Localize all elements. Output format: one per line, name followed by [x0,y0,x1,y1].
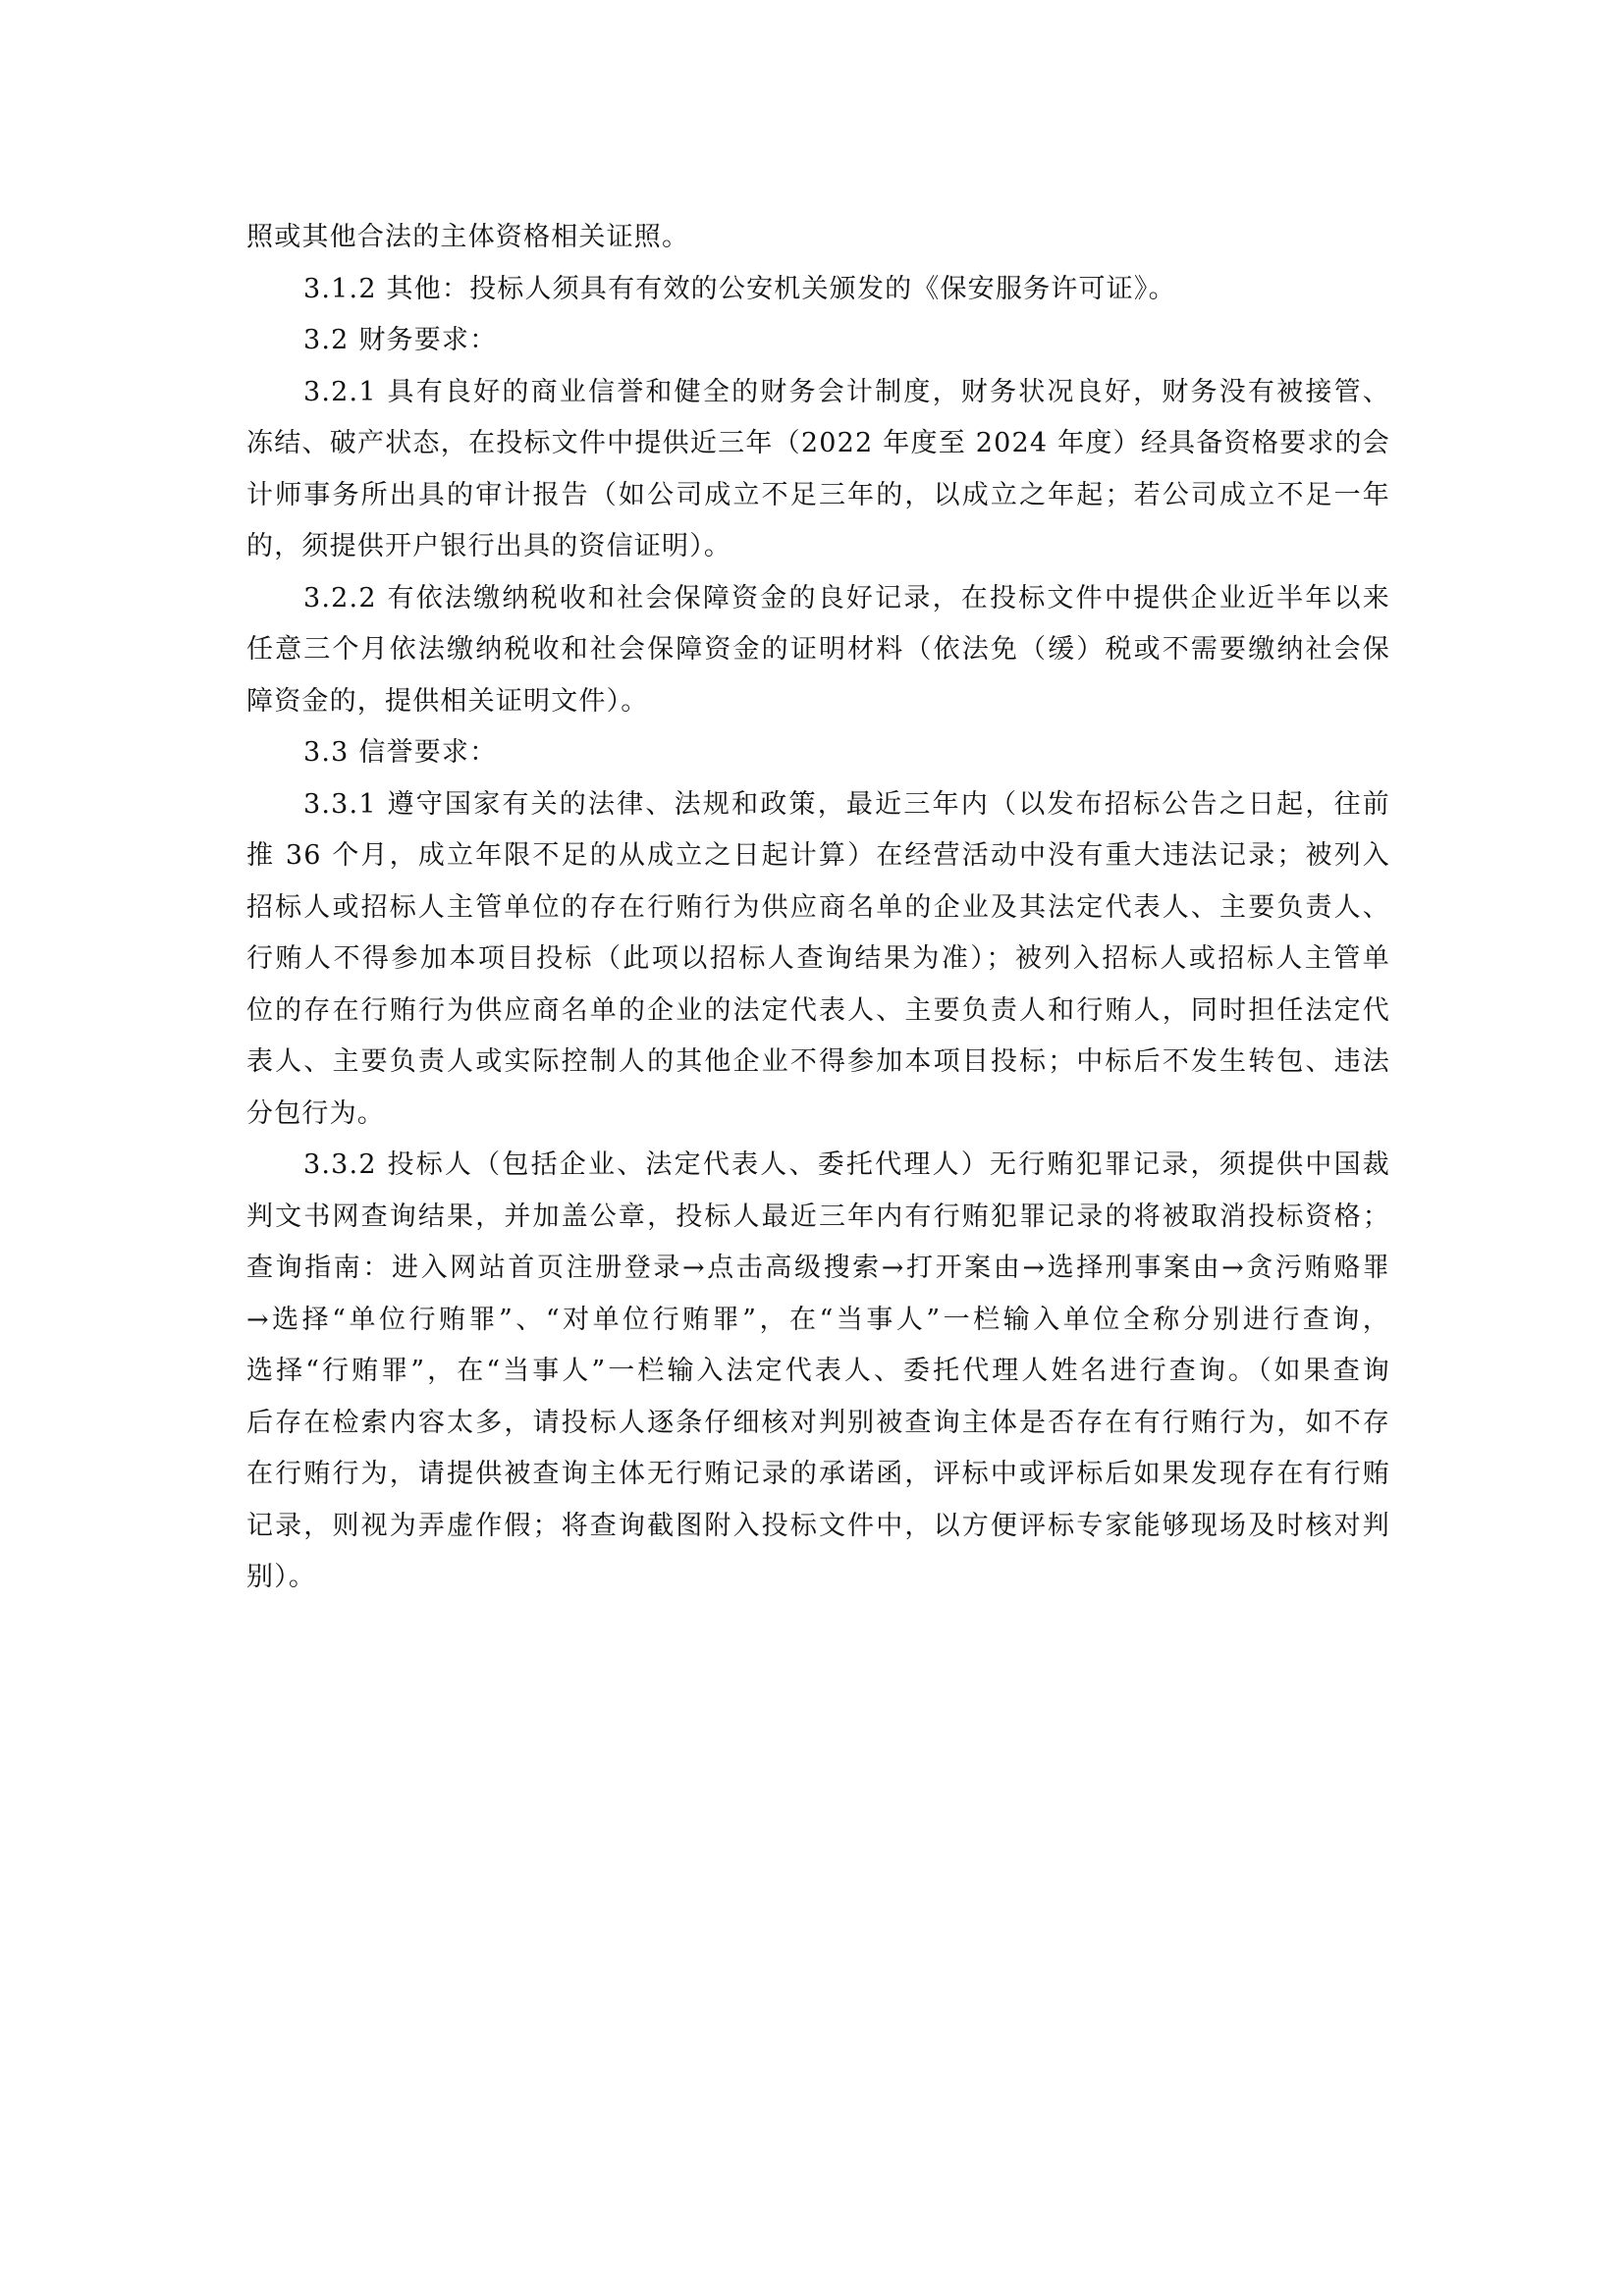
heading-3-3-credit-requirements: 3.3 信誉要求： [246,733,1390,785]
text-line: 位的存在行贿行为供应商名单的企业的法定代表人、主要负责人和行贿人，同时担任法定代 [246,991,1390,1043]
paragraph-3-3-2-bribery-record: 3.3.2 投标人（包括企业、法定代表人、委托代理人）无行贿犯罪记录，须提供中国… [246,1146,1390,1610]
text-line: 冻结、破产状态，在投标文件中提供近三年（2022 年度至 2024 年度）经具备… [246,424,1390,476]
text-line: 选择“行贿罪”，在“当事人”一栏输入法定代表人、委托代理人姓名进行查询。（如果查… [246,1352,1390,1404]
paragraph-3-1-2-other-license: 3.1.2 其他：投标人须具有有效的公安机关颁发的《保安服务许可证》。 [246,270,1390,322]
text-line: 后存在检索内容太多，请投标人逐条仔细核对判别被查询主体是否存在有行贿行为，如不存 [246,1404,1390,1456]
text-line: 障资金的，提供相关证明文件）。 [246,682,1390,734]
text-line: →选择“单位行贿罪”、“对单位行贿罪”，在“当事人”一栏输入单位全称分别进行查询… [246,1301,1390,1353]
text-line: 在行贿行为，请提供被查询主体无行贿记录的承诺函，评标中或评标后如果发现存在有行贿 [246,1455,1390,1507]
paragraph-3-3-1-legal-compliance: 3.3.1 遵守国家有关的法律、法规和政策，最近三年内（以发布招标公告之日起，往… [246,785,1390,1147]
document-body: 照或其他合法的主体资格相关证照。 3.1.2 其他：投标人须具有有效的公安机关颁… [246,218,1390,1610]
text-line: 分包行为。 [246,1095,1390,1147]
text-line: 3.3.2 投标人（包括企业、法定代表人、委托代理人）无行贿犯罪记录，须提供中国… [246,1146,1390,1198]
text-line: 3.3.1 遵守国家有关的法律、法规和政策，最近三年内（以发布招标公告之日起，往… [246,785,1390,837]
document-page: 照或其他合法的主体资格相关证照。 3.1.2 其他：投标人须具有有效的公安机关颁… [0,0,1624,2296]
text-line: 判文书网查询结果，并加盖公章，投标人最近三年内有行贿犯罪记录的将被取消投标资格； [246,1198,1390,1250]
paragraph-continuation: 照或其他合法的主体资格相关证照。 [246,218,1390,270]
text-line: 3.1.2 其他：投标人须具有有效的公安机关颁发的《保安服务许可证》。 [246,270,1390,322]
text-line: 计师事务所出具的审计报告（如公司成立不足三年的，以成立之年起；若公司成立不足一年 [246,476,1390,528]
text-line: 招标人或招标人主管单位的存在行贿行为供应商名单的企业及其法定代表人、主要负责人、 [246,888,1390,940]
paragraph-3-2-2-tax-social-security: 3.2.2 有依法缴纳税收和社会保障资金的良好记录，在投标文件中提供企业近半年以… [246,579,1390,734]
text-line: 别）。 [246,1558,1390,1610]
text-line: 3.2.2 有依法缴纳税收和社会保障资金的良好记录，在投标文件中提供企业近半年以… [246,579,1390,631]
text-line: 的，须提供开户银行出具的资信证明）。 [246,527,1390,579]
section-heading: 3.3 信誉要求： [246,733,1390,785]
heading-3-2-financial-requirements: 3.2 财务要求： [246,321,1390,373]
text-line: 照或其他合法的主体资格相关证照。 [246,218,1390,270]
text-line: 行贿人不得参加本项目投标（此项以招标人查询结果为准）；被列入招标人或招标人主管单 [246,939,1390,991]
text-line: 查询指南：进入网站首页注册登录→点击高级搜索→打开案由→选择刑事案由→贪污贿赂罪 [246,1249,1390,1301]
text-line: 推 36 个月，成立年限不足的从成立之日起计算）在经营活动中没有重大违法记录；被… [246,836,1390,888]
paragraph-3-2-1-audit-report: 3.2.1 具有良好的商业信誉和健全的财务会计制度，财务状况良好，财务没有被接管… [246,373,1390,579]
section-heading: 3.2 财务要求： [246,321,1390,373]
text-line: 记录，则视为弄虚作假；将查询截图附入投标文件中，以方便评标专家能够现场及时核对判 [246,1507,1390,1559]
text-line: 任意三个月依法缴纳税收和社会保障资金的证明材料（依法免（缓）税或不需要缴纳社会保 [246,630,1390,682]
text-line: 3.2.1 具有良好的商业信誉和健全的财务会计制度，财务状况良好，财务没有被接管… [246,373,1390,425]
text-line: 表人、主要负责人或实际控制人的其他企业不得参加本项目投标；中标后不发生转包、违法 [246,1042,1390,1095]
